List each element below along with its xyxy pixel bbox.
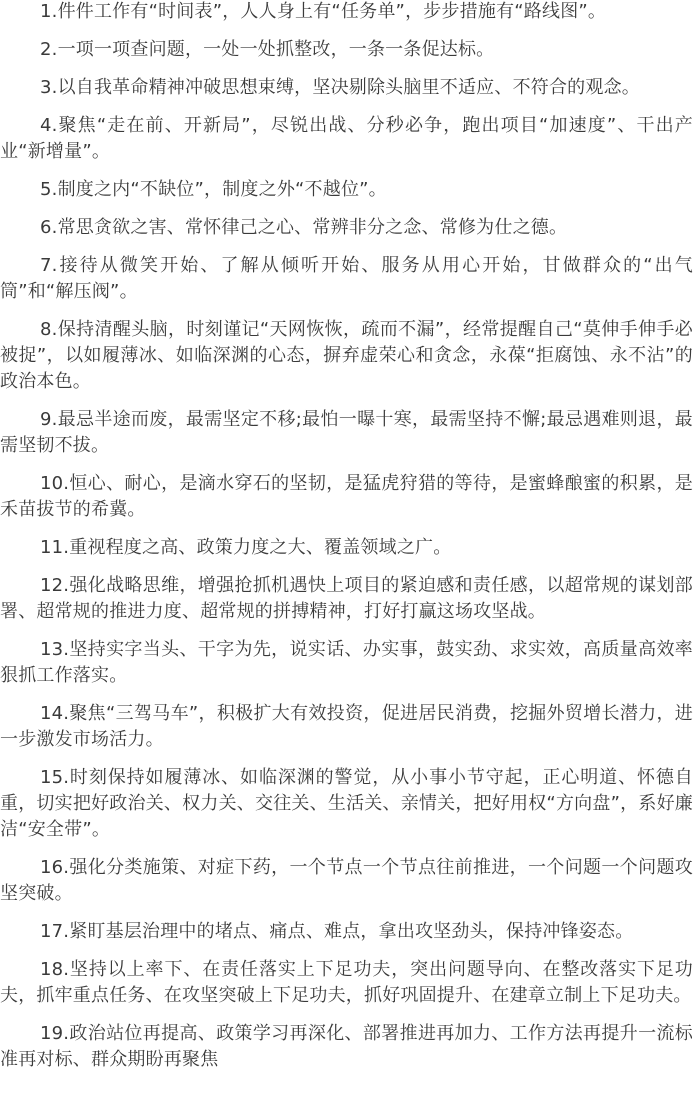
paragraph-17: 17.紧盯基层治理中的堵点、痛点、难点，拿出攻坚劲头，保持冲锋姿态。 xyxy=(0,919,693,945)
paragraph-15: 15.时刻保持如履薄冰、如临深渊的警觉，从小事小节守起，正心明道、怀德自重，切实… xyxy=(0,765,693,843)
paragraph-6: 6.常思贪欲之害、常怀律己之心、常辨非分之念、常修为仕之德。 xyxy=(0,215,693,241)
paragraph-9: 9.最忌半途而废，最需坚定不移;最怕一曝十寒，最需坚持不懈;最忌遇难则退，最需坚… xyxy=(0,407,693,459)
paragraph-2: 2.一项一项查问题，一处一处抓整改，一条一条促达标。 xyxy=(0,37,693,63)
article-body: 1.件件工作有“时间表”，人人身上有“任务单”，步步措施有“路线图”。 2.一项… xyxy=(0,0,693,1073)
paragraph-12: 12.强化战略思维，增强抢抓机遇快上项目的紧迫感和责任感，以超常规的谋划部署、超… xyxy=(0,573,693,625)
paragraph-5: 5.制度之内“不缺位”，制度之外“不越位”。 xyxy=(0,177,693,203)
paragraph-13: 13.坚持实字当头、干字为先，说实话、办实事，鼓实劲、求实效，高质量高效率狠抓工… xyxy=(0,637,693,689)
paragraph-16: 16.强化分类施策、对症下药，一个节点一个节点往前推进，一个问题一个问题攻坚突破… xyxy=(0,855,693,907)
paragraph-18: 18.坚持以上率下、在责任落实上下足功夫，突出问题导向、在整改落实下足功夫，抓牢… xyxy=(0,957,693,1009)
paragraph-1: 1.件件工作有“时间表”，人人身上有“任务单”，步步措施有“路线图”。 xyxy=(0,0,693,25)
paragraph-19: 19.政治站位再提高、政策学习再深化、部署推进再加力、工作方法再提升一流标准再对… xyxy=(0,1021,693,1073)
paragraph-14: 14.聚焦“三驾马车”，积极扩大有效投资，促进居民消费，挖掘外贸增长潜力，进一步… xyxy=(0,701,693,753)
paragraph-7: 7.接待从微笑开始、了解从倾听开始、服务从用心开始，甘做群众的“出气筒”和“解压… xyxy=(0,253,693,305)
paragraph-10: 10.恒心、耐心，是滴水穿石的坚韧，是猛虎狩猎的等待，是蜜蜂酿蜜的积累，是禾苗拔… xyxy=(0,471,693,523)
paragraph-3: 3.以自我革命精神冲破思想束缚，坚决剔除头脑里不适应、不符合的观念。 xyxy=(0,75,693,101)
paragraph-11: 11.重视程度之高、政策力度之大、覆盖领域之广。 xyxy=(0,535,693,561)
paragraph-8: 8.保持清醒头脑，时刻谨记“天网恢恢，疏而不漏”，经常提醒自己“莫伸手伸手必被捉… xyxy=(0,317,693,395)
paragraph-4: 4.聚焦“走在前、开新局”，尽锐出战、分秒必争，跑出项目“加速度”、干出产业“新… xyxy=(0,113,693,165)
